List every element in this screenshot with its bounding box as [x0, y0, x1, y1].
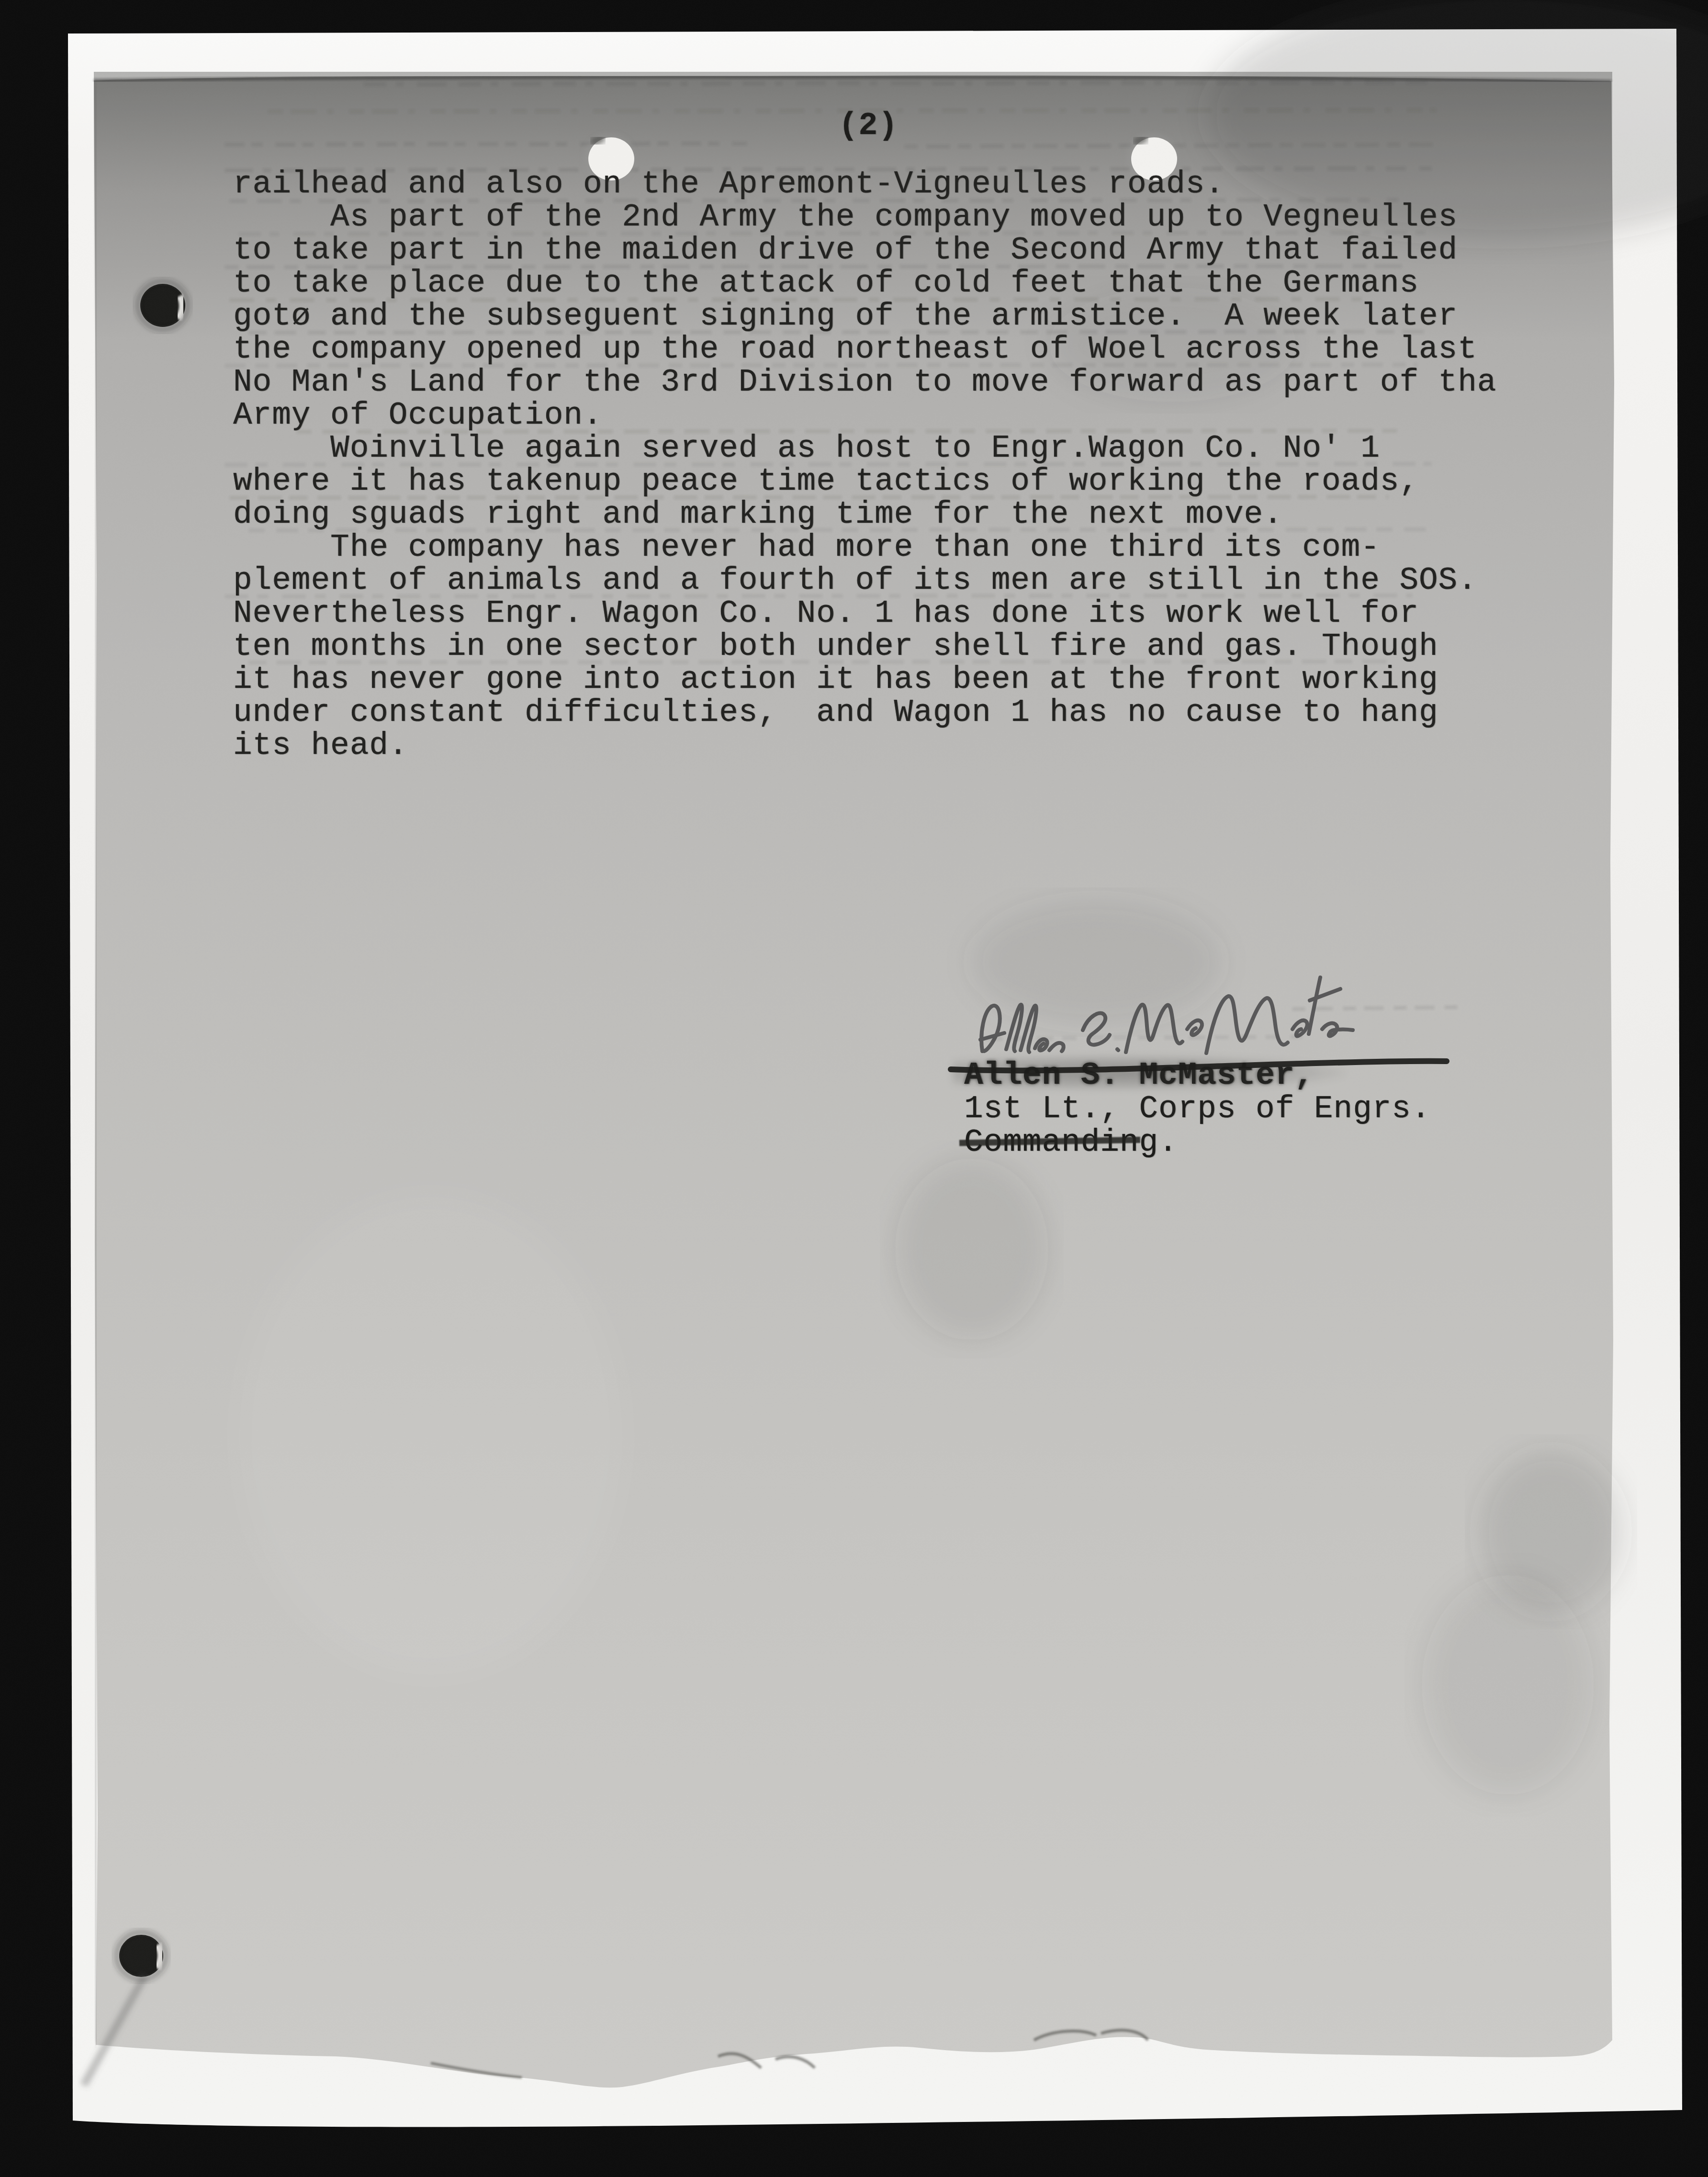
signature-underline	[951, 1061, 1447, 1071]
handwritten-signature	[0, 0, 1708, 2177]
signature-script	[980, 977, 1353, 1053]
document-scan: (2) railhead and also on the Apremont-Vi…	[0, 0, 1708, 2177]
